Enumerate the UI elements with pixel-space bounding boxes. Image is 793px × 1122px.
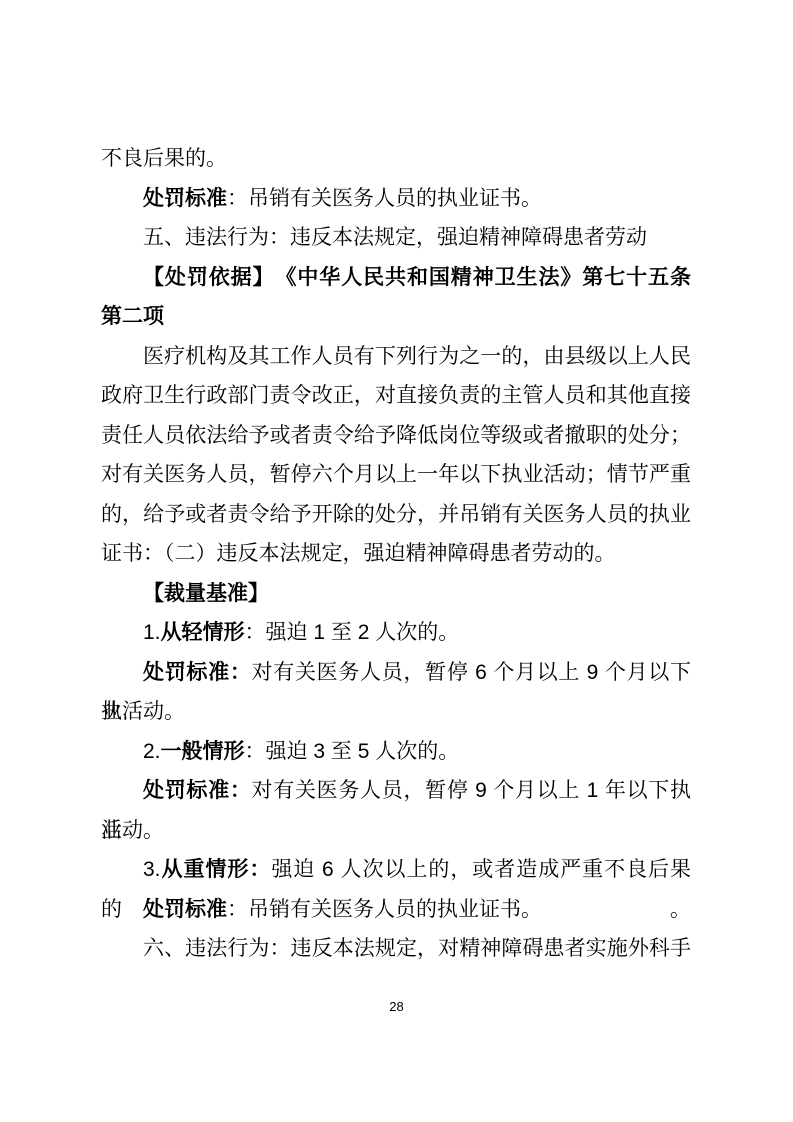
bold-text-segment: 【裁量基准】	[143, 582, 269, 605]
text-line-21: 六、违法行为：违反本法规定，对精神障碍患者实施外科手	[101, 929, 691, 969]
bold-text-segment: 从重情形：	[161, 858, 272, 881]
text-line-5: 第二项	[101, 297, 691, 337]
text-line-17: 处罚标准：对有关医务人员，暂停 9 个月以上 1 年以下执业	[101, 771, 691, 811]
text-segment: 对有关医务人员，暂停六个月以上一年以下执业活动；情节严重	[101, 463, 691, 486]
bold-text-segment: 处罚标准	[143, 898, 227, 921]
document-body: 不良后果的。处罚标准：吊销有关医务人员的执业证书。五、违法行为：违反本法规定，强…	[101, 139, 691, 969]
text-segment: 不良后果的。	[101, 147, 227, 170]
text-segment: 证书：（二）违反本法规定，强迫精神障碍患者劳动的。	[101, 542, 616, 565]
text-line-2: 处罚标准：吊销有关医务人员的执业证书。	[101, 179, 691, 219]
text-segment: ：强迫 1 至 2 人次的。	[245, 621, 460, 644]
text-line-10: 的，给予或者责令给予开除的处分，并吊销有关医务人员的执业	[101, 495, 691, 535]
text-segment: ：强迫 3 至 5 人次的。	[245, 740, 460, 763]
text-segment: 责任人员依法给予或者责令给予降低岗位等级或者撤职的处分；	[101, 424, 691, 447]
text-line-13: 1.从轻情形：强迫 1 至 2 人次的。	[101, 613, 691, 653]
text-segment: 五、违法行为：违反本法规定，强迫精神障碍患者劳动	[143, 226, 647, 249]
text-segment: 1.	[143, 621, 161, 644]
text-segment: 3.	[143, 858, 161, 881]
bold-text-segment: 处罚标准：	[143, 661, 252, 684]
bold-text-segment: 处罚标准：	[143, 779, 252, 802]
bold-text-segment: 从轻情形	[161, 621, 245, 644]
text-line-14: 处罚标准：对有关医务人员，暂停 6 个月以上 9 个月以下执	[101, 653, 691, 693]
text-segment: 2.	[143, 740, 161, 763]
text-line-19: 3.从重情形：强迫 6 人次以上的，或者造成严重不良后果的。	[101, 850, 691, 890]
bold-text-segment: 【处罚依据】 《中华人民共和国精神卫生法》第七十五条	[143, 266, 691, 289]
text-line-3: 五、违法行为：违反本法规定，强迫精神障碍患者劳动	[101, 218, 691, 258]
page-number: 28	[0, 999, 793, 1015]
text-line-6: 医疗机构及其工作人员有下列行为之一的，由县级以上人民	[101, 337, 691, 377]
bold-text-segment: 处罚标准	[143, 187, 227, 210]
text-line-7: 政府卫生行政部门责令改正，对直接负责的主管人员和其他直接	[101, 376, 691, 416]
text-line-12: 【裁量基准】	[101, 574, 691, 614]
text-line-8: 责任人员依法给予或者责令给予降低岗位等级或者撤职的处分；	[101, 416, 691, 456]
text-line-4: 【处罚依据】 《中华人民共和国精神卫生法》第七十五条	[101, 258, 691, 298]
text-line-16: 2.一般情形：强迫 3 至 5 人次的。	[101, 732, 691, 772]
text-line-11: 证书：（二）违反本法规定，强迫精神障碍患者劳动的。	[101, 534, 691, 574]
text-line-9: 对有关医务人员，暂停六个月以上一年以下执业活动；情节严重	[101, 455, 691, 495]
text-segment: 医疗机构及其工作人员有下列行为之一的，由县级以上人民	[143, 345, 691, 368]
text-segment: 活动。	[101, 819, 164, 842]
bold-text-segment: 第二项	[101, 305, 164, 328]
text-segment: 六、违法行为：违反本法规定，对精神障碍患者实施外科手	[143, 937, 691, 960]
text-line-18: 活动。	[101, 811, 691, 851]
text-line-1: 不良后果的。	[101, 139, 691, 179]
text-segment: 政府卫生行政部门责令改正，对直接负责的主管人员和其他直接	[101, 384, 691, 407]
text-segment: 的，给予或者责令给予开除的处分，并吊销有关医务人员的执业	[101, 503, 691, 526]
text-segment: ：吊销有关医务人员的执业证书。	[227, 187, 542, 210]
text-segment: 业活动。	[101, 700, 185, 723]
text-line-15: 业活动。	[101, 692, 691, 732]
bold-text-segment: 一般情形	[161, 740, 245, 763]
document-page: 不良后果的。处罚标准：吊销有关医务人员的执业证书。五、违法行为：违反本法规定，强…	[0, 0, 793, 1122]
text-segment: ：吊销有关医务人员的执业证书。	[227, 898, 542, 921]
